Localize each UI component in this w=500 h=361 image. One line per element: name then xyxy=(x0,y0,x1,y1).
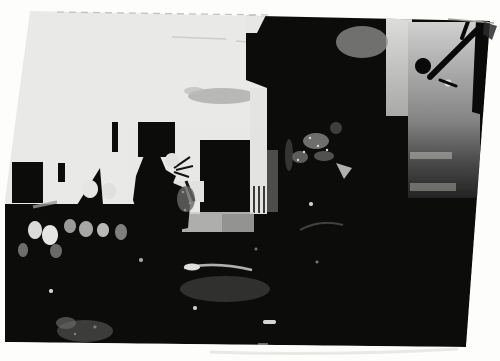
scan-page xyxy=(0,0,500,361)
photo-canvas xyxy=(0,0,500,361)
scanned-photograph xyxy=(0,0,500,361)
photocopy-grain xyxy=(0,0,500,361)
bottom-edge-shadow xyxy=(210,349,458,353)
